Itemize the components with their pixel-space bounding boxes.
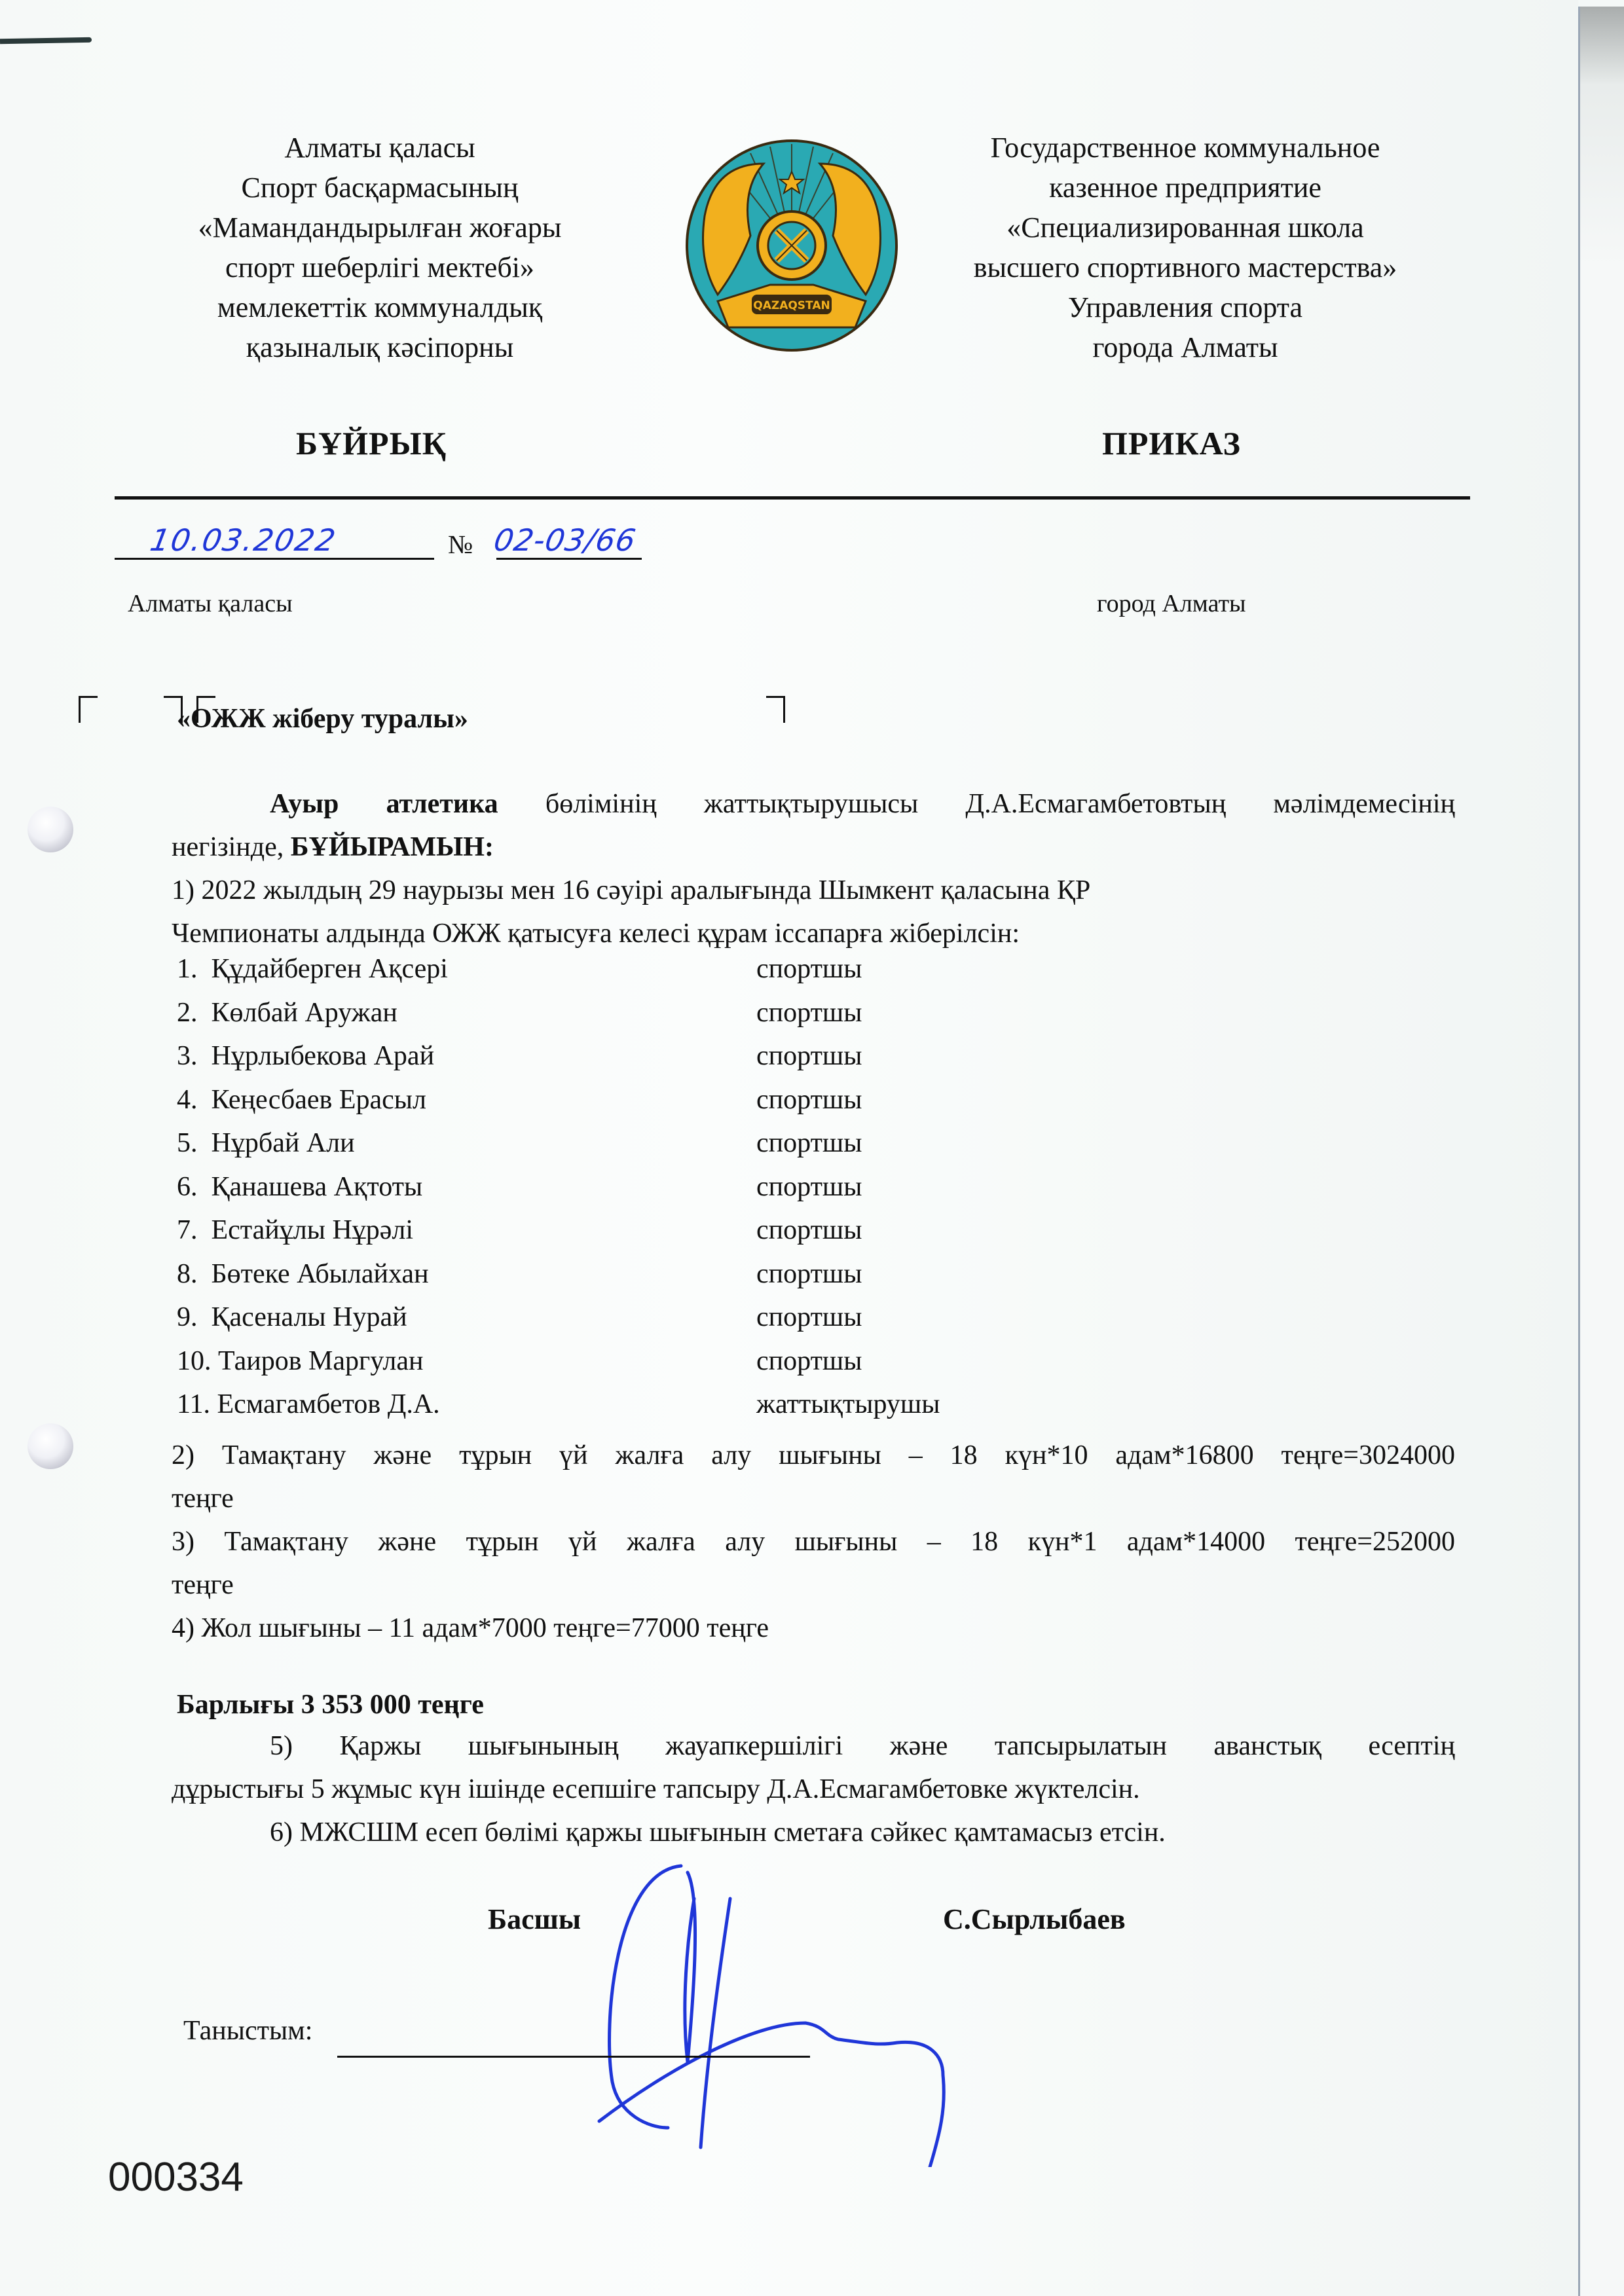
participant-name: 7. Естайұлы Нұрәлі: [177, 1214, 413, 1246]
order-number: 02-03/66: [491, 522, 638, 558]
participant-name: 4. Кеңесбаев Ерасыл: [177, 1084, 426, 1116]
header-line: казенное предприятие: [930, 168, 1441, 208]
signatory-title: Басшы: [488, 1903, 581, 1936]
place-ru: город Алматы: [1097, 589, 1246, 618]
item-5-line: дұрыстығы 5 жұмыс күн ішінде есепшіге та…: [172, 1768, 1455, 1811]
participant-role: спортшы: [756, 1214, 862, 1246]
number-sign: №: [448, 529, 473, 560]
participant-role: жаттықтырушы: [756, 1389, 940, 1420]
header-line: мемлекеттік коммуналдық: [131, 287, 629, 327]
document-page: Алматы қаласы Спорт басқармасының «Маман…: [0, 0, 1578, 2296]
participant-role: спортшы: [756, 1084, 862, 1116]
handwritten-signature-icon: [589, 1859, 1179, 2167]
participant-name: 8. Бөтеке Абылайхан: [177, 1258, 429, 1290]
header-line: высшего спортивного мастерства»: [930, 247, 1441, 287]
preamble-line: негізінде, БҰЙЫРАМЫН:: [172, 826, 1455, 869]
header-line: города Алматы: [930, 327, 1441, 367]
expense-line: теңге: [172, 1477, 1455, 1520]
participant-role: спортшы: [756, 1302, 862, 1333]
total-amount: Барлығы 3 353 000 теңге: [177, 1689, 484, 1721]
corner-bracket: [79, 696, 98, 723]
item-1-line: 1) 2022 жылдың 29 наурызы мен 16 сәуірі …: [172, 869, 1455, 912]
number-underline: [496, 558, 642, 560]
preamble-line: Ауыр атлетика бөлімінің жаттықтырушысы Д…: [172, 782, 1455, 826]
document-title-ru: ПРИКАЗ: [1102, 424, 1241, 462]
participant-role: спортшы: [756, 1345, 862, 1377]
header-line: Спорт басқармасының: [131, 168, 629, 208]
participant-role: спортшы: [756, 1171, 862, 1203]
corner-bracket: [766, 696, 785, 723]
order-subject: «ОЖЖ жіберу туралы»: [177, 703, 468, 735]
punch-hole: [28, 807, 73, 852]
header-line: «Мамандандырылған жоғары: [131, 208, 629, 247]
participant-name: 5. Нұрбай Али: [177, 1127, 355, 1159]
serial-number: 000334: [108, 2154, 244, 2200]
header-line: Государственное коммунальное: [930, 128, 1441, 168]
expense-line: 2) Тамақтану және тұрын үй жалға алу шығ…: [172, 1434, 1455, 1477]
header-line: Алматы қаласы: [131, 128, 629, 168]
participant-role: спортшы: [756, 1258, 862, 1290]
participant-name: 1. Құдайберген Ақсері: [177, 953, 448, 985]
participant-role: спортшы: [756, 997, 862, 1029]
header-line: қазыналық кәсіпорны: [131, 327, 629, 367]
expense-line: 3) Тамақтану және тұрын үй жалға алу шығ…: [172, 1520, 1455, 1563]
document-title-kz: БҰЙРЫҚ: [296, 424, 447, 462]
order-date: 10.03.2022: [147, 522, 339, 558]
participant-name: 10. Таиров Маргулан: [177, 1345, 424, 1377]
staple-mark: [0, 37, 92, 44]
date-underline: [115, 558, 434, 560]
preamble: Ауыр атлетика бөлімінің жаттықтырушысы Д…: [172, 782, 1455, 955]
expense-line: теңге: [172, 1563, 1455, 1607]
participant-name: 9. Қасеналы Нурай: [177, 1302, 407, 1333]
scan-edge: [1578, 7, 1624, 2296]
header-line: спорт шеберлігі мектебі»: [131, 247, 629, 287]
header-line: Управления спорта: [930, 287, 1441, 327]
participant-name: 2. Көлбай Аружан: [177, 997, 397, 1029]
participant-role: спортшы: [756, 1040, 862, 1072]
punch-hole: [28, 1423, 73, 1469]
department-name: Ауыр атлетика: [270, 789, 498, 819]
item-1-line: Чемпионаты алдында ОЖЖ қатысуға келесі қ…: [172, 912, 1455, 955]
item-5-6: 5) Қаржы шығынының жауапкершілігі және т…: [172, 1724, 1455, 1854]
svg-text:QAZAQSTAN: QAZAQSTAN: [753, 299, 830, 312]
acknowledgement-label: Таныстым:: [183, 2015, 312, 2047]
state-emblem-icon: QAZAQSTAN: [678, 137, 905, 354]
expense-line: 4) Жол шығыны – 11 адам*7000 теңге=77000…: [172, 1607, 1455, 1650]
acknowledgement-signature-line: [337, 2056, 810, 2058]
header-divider: [115, 496, 1470, 500]
item-5-line: 5) Қаржы шығынының жауапкершілігі және т…: [172, 1724, 1455, 1768]
preamble-text: негізінде,: [172, 832, 291, 862]
participant-name: 11. Есмагамбетов Д.А.: [177, 1389, 440, 1420]
place-kz: Алматы қаласы: [128, 589, 293, 618]
item-6-line: 6) МЖСШМ есеп бөлімі қаржы шығынын смета…: [172, 1811, 1455, 1854]
participant-name: 6. Қанашева Ақтоты: [177, 1171, 422, 1203]
order-word: БҰЙЫРАМЫН:: [291, 832, 494, 862]
organization-name-kz: Алматы қаласы Спорт басқармасының «Маман…: [131, 128, 629, 367]
preamble-text: бөлімінің жаттықтырушысы Д.А.Есмагамбето…: [498, 789, 1455, 819]
participant-role: спортшы: [756, 953, 862, 985]
participant-role: спортшы: [756, 1127, 862, 1159]
organization-name-ru: Государственное коммунальное казенное пр…: [930, 128, 1441, 367]
expenses: 2) Тамақтану және тұрын үй жалға алу шығ…: [172, 1434, 1455, 1650]
participant-name: 3. Нұрлыбекова Арай: [177, 1040, 434, 1072]
header-line: «Специализированная школа: [930, 208, 1441, 247]
